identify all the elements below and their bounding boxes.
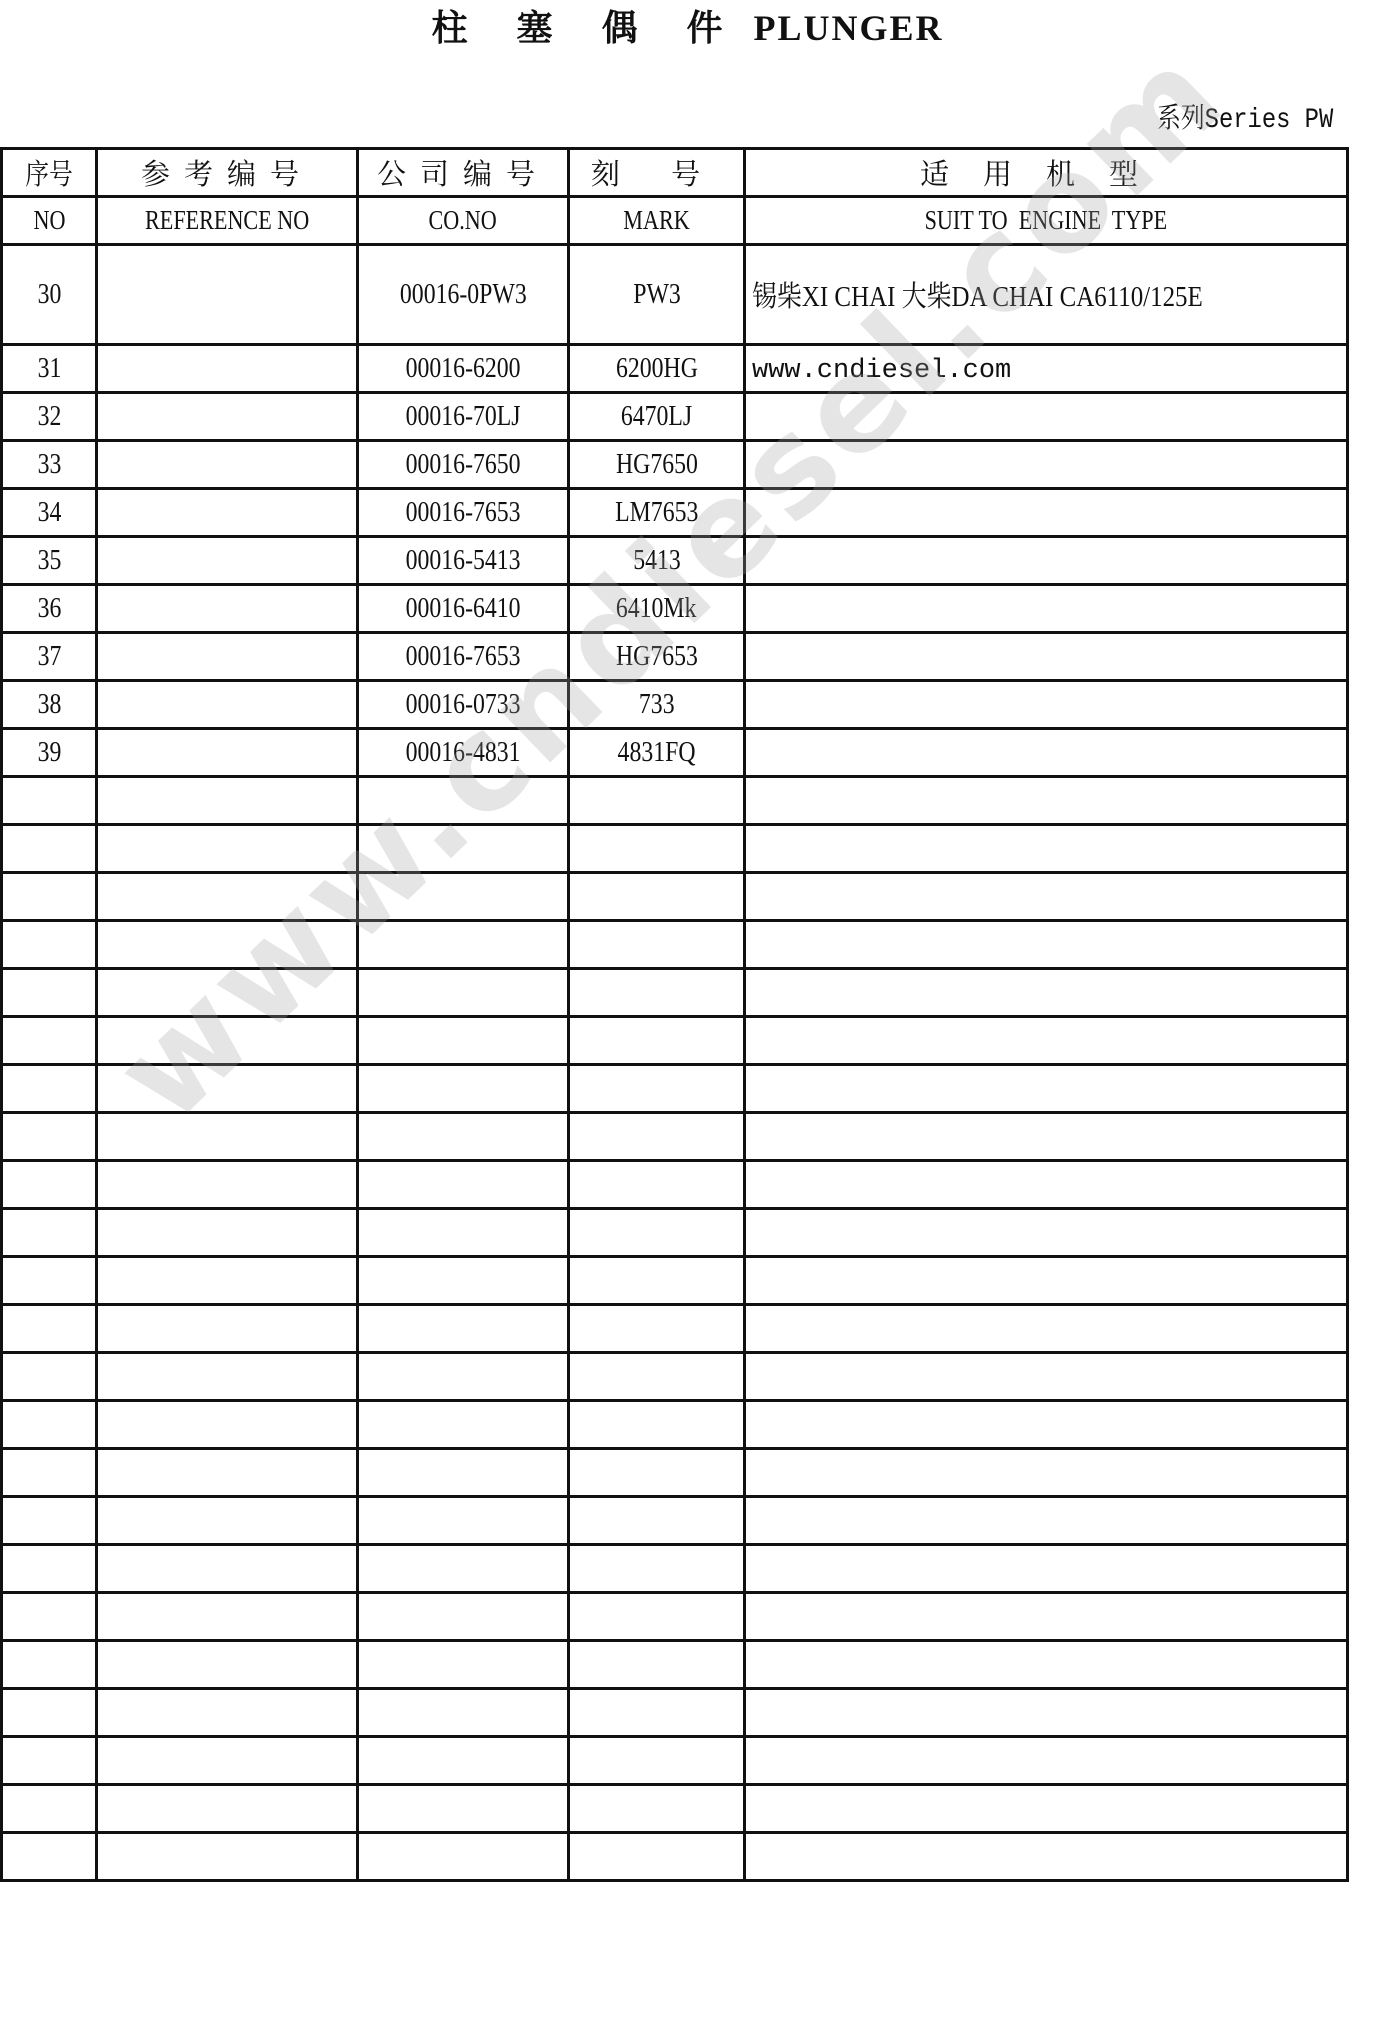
empty-cell (97, 1161, 358, 1209)
empty-cell (745, 1257, 1348, 1305)
empty-cell (97, 1065, 358, 1113)
empty-cell (2, 1833, 97, 1881)
empty-cell (745, 1689, 1348, 1737)
empty-cell (745, 1401, 1348, 1449)
empty-cell (569, 1593, 745, 1641)
table-row-empty (2, 1497, 1348, 1545)
empty-cell (745, 1161, 1348, 1209)
empty-cell (358, 1353, 569, 1401)
empty-cell (569, 1305, 745, 1353)
empty-cell (2, 1641, 97, 1689)
empty-cell (569, 969, 745, 1017)
empty-cell (2, 777, 97, 825)
cell-mark: LM7653 (569, 489, 745, 537)
empty-cell (2, 825, 97, 873)
empty-cell (569, 1161, 745, 1209)
page-title: 柱 塞 偶 件 PLUNGER (0, 4, 1375, 52)
cell-co-no: 00016-7653 (358, 489, 569, 537)
cell-engine (745, 585, 1348, 633)
table-row: 3400016-7653LM7653 (2, 489, 1348, 537)
table-row-empty (2, 1257, 1348, 1305)
cell-no: 30 (2, 245, 97, 345)
table-row: 3500016-54135413 (2, 537, 1348, 585)
empty-cell (358, 1113, 569, 1161)
empty-cell (569, 1257, 745, 1305)
empty-cell (358, 777, 569, 825)
empty-cell (745, 1737, 1348, 1785)
cell-co-no: 00016-7650 (358, 441, 569, 489)
empty-cell (97, 921, 358, 969)
empty-cell (569, 1449, 745, 1497)
empty-cell (97, 1209, 358, 1257)
table-row: 3800016-0733733 (2, 681, 1348, 729)
header-reference-en: REFERENCE NO (97, 197, 358, 245)
empty-cell (97, 1017, 358, 1065)
empty-cell (745, 873, 1348, 921)
table-row-empty (2, 777, 1348, 825)
cell-co-no: 00016-5413 (358, 537, 569, 585)
empty-cell (358, 1689, 569, 1737)
empty-cell (97, 1785, 358, 1833)
cell-co-no: 00016-4831 (358, 729, 569, 777)
empty-cell (358, 1497, 569, 1545)
cell-engine (745, 729, 1348, 777)
empty-cell (358, 1065, 569, 1113)
empty-cell (97, 969, 358, 1017)
cell-no: 36 (2, 585, 97, 633)
empty-cell (358, 1401, 569, 1449)
empty-cell (97, 1497, 358, 1545)
empty-cell (569, 921, 745, 969)
empty-cell (745, 1353, 1348, 1401)
empty-cell (569, 1113, 745, 1161)
cell-no: 35 (2, 537, 97, 585)
empty-cell (97, 1833, 358, 1881)
empty-cell (745, 1593, 1348, 1641)
table-row-empty (2, 1689, 1348, 1737)
empty-cell (358, 1593, 569, 1641)
table-row-empty (2, 1353, 1348, 1401)
empty-cell (358, 1833, 569, 1881)
cell-co-no: 00016-6200 (358, 345, 569, 393)
series-label: 系列Series PW (1157, 104, 1333, 138)
header-reference-cn: 参考编号 (97, 149, 358, 197)
cell-no: 39 (2, 729, 97, 777)
empty-cell (358, 921, 569, 969)
table-row-empty (2, 1737, 1348, 1785)
table-row-empty (2, 1209, 1348, 1257)
cell-co-no: 00016-7653 (358, 633, 569, 681)
empty-cell (2, 1209, 97, 1257)
header-mark-cn: 刻 号 (569, 149, 745, 197)
empty-cell (2, 1449, 97, 1497)
cell-no: 33 (2, 441, 97, 489)
cell-no: 38 (2, 681, 97, 729)
header-row-english: NO REFERENCE NO CO.NO MARK SUIT TO ENGIN… (2, 197, 1348, 245)
empty-cell (2, 921, 97, 969)
cell-reference (97, 489, 358, 537)
cell-mark: PW3 (569, 245, 745, 345)
header-no-cn: 序号 (2, 149, 97, 197)
cell-co-no: 00016-6410 (358, 585, 569, 633)
cell-reference (97, 537, 358, 585)
empty-cell (569, 1689, 745, 1737)
header-co-no-cn: 公司编号 (358, 149, 569, 197)
title-english: PLUNGER (754, 8, 944, 48)
cell-mark: HG7653 (569, 633, 745, 681)
empty-cell (2, 1161, 97, 1209)
empty-cell (745, 825, 1348, 873)
cell-reference (97, 633, 358, 681)
table-row-empty (2, 1017, 1348, 1065)
cell-engine: 锡柴XI CHAI 大柴DA CHAI CA6110/125E (745, 245, 1348, 345)
table-row-empty (2, 825, 1348, 873)
empty-cell (2, 969, 97, 1017)
empty-cell (745, 1641, 1348, 1689)
cell-mark: 733 (569, 681, 745, 729)
empty-cell (358, 825, 569, 873)
empty-cell (358, 1785, 569, 1833)
cell-no: 32 (2, 393, 97, 441)
table-row: 3700016-7653HG7653 (2, 633, 1348, 681)
empty-cell (97, 1593, 358, 1641)
empty-cell (97, 873, 358, 921)
table-row-empty (2, 1593, 1348, 1641)
empty-cell (358, 969, 569, 1017)
empty-cell (569, 1401, 745, 1449)
empty-cell (745, 777, 1348, 825)
empty-cell (97, 1305, 358, 1353)
cell-no: 37 (2, 633, 97, 681)
empty-cell (2, 1545, 97, 1593)
header-co-no-en: CO.NO (358, 197, 569, 245)
empty-cell (569, 1353, 745, 1401)
empty-cell (97, 777, 358, 825)
cell-reference (97, 245, 358, 345)
cell-mark: 5413 (569, 537, 745, 585)
cell-no: 34 (2, 489, 97, 537)
cell-engine (745, 489, 1348, 537)
table-row-empty (2, 1401, 1348, 1449)
cell-engine (745, 633, 1348, 681)
cell-engine: www.cndiesel.com (745, 345, 1348, 393)
header-mark-en: MARK (569, 197, 745, 245)
cell-reference (97, 393, 358, 441)
table-row-empty (2, 969, 1348, 1017)
empty-cell (358, 1209, 569, 1257)
table-row: 3600016-64106410Mk (2, 585, 1348, 633)
empty-cell (745, 1449, 1348, 1497)
empty-cell (569, 1641, 745, 1689)
title-chinese: 柱 塞 偶 件 (431, 8, 742, 48)
empty-cell (745, 1545, 1348, 1593)
empty-cell (2, 1401, 97, 1449)
table-row-empty (2, 1641, 1348, 1689)
empty-cell (97, 1401, 358, 1449)
header-engine-en: SUIT TO ENGINE TYPE (745, 197, 1348, 245)
empty-cell (2, 1497, 97, 1545)
table-row-empty (2, 1161, 1348, 1209)
empty-cell (97, 1449, 358, 1497)
empty-cell (745, 1833, 1348, 1881)
table-row: 3100016-62006200HGwww.cndiesel.com (2, 345, 1348, 393)
empty-cell (745, 1065, 1348, 1113)
cell-reference (97, 441, 358, 489)
empty-cell (97, 1641, 358, 1689)
empty-cell (569, 1065, 745, 1113)
table-row-empty (2, 1305, 1348, 1353)
empty-cell (745, 969, 1348, 1017)
empty-cell (569, 873, 745, 921)
empty-cell (569, 1545, 745, 1593)
empty-cell (358, 1545, 569, 1593)
empty-cell (569, 1785, 745, 1833)
cell-reference (97, 681, 358, 729)
empty-cell (569, 1497, 745, 1545)
cell-no: 31 (2, 345, 97, 393)
table-row-empty (2, 1785, 1348, 1833)
table-row: 3200016-70LJ6470LJ (2, 393, 1348, 441)
cell-engine (745, 393, 1348, 441)
empty-cell (97, 1737, 358, 1785)
cell-mark: 6200HG (569, 345, 745, 393)
cell-co-no: 00016-70LJ (358, 393, 569, 441)
cell-mark: 6410Mk (569, 585, 745, 633)
empty-cell (569, 777, 745, 825)
empty-cell (745, 1113, 1348, 1161)
table-row-empty (2, 1113, 1348, 1161)
cell-co-no: 00016-0733 (358, 681, 569, 729)
empty-cell (2, 873, 97, 921)
empty-cell (358, 1641, 569, 1689)
cell-mark: HG7650 (569, 441, 745, 489)
empty-cell (358, 1017, 569, 1065)
table-row: 3900016-48314831FQ (2, 729, 1348, 777)
header-no-en: NO (2, 197, 97, 245)
empty-cell (358, 1737, 569, 1785)
header-engine-cn: 适用机型 (745, 149, 1348, 197)
cell-reference (97, 345, 358, 393)
cell-engine (745, 441, 1348, 489)
empty-cell (2, 1113, 97, 1161)
table-row: 3000016-0PW3PW3锡柴XI CHAI 大柴DA CHAI CA611… (2, 245, 1348, 345)
empty-cell (97, 1257, 358, 1305)
empty-cell (2, 1017, 97, 1065)
empty-cell (745, 1209, 1348, 1257)
empty-cell (358, 1305, 569, 1353)
cell-reference (97, 729, 358, 777)
empty-cell (97, 1689, 358, 1737)
table-row-empty (2, 1545, 1348, 1593)
empty-cell (97, 1353, 358, 1401)
empty-cell (745, 1785, 1348, 1833)
empty-cell (2, 1305, 97, 1353)
cell-reference (97, 585, 358, 633)
empty-cell (358, 1449, 569, 1497)
cell-engine (745, 537, 1348, 585)
empty-cell (569, 1833, 745, 1881)
table-row-empty (2, 873, 1348, 921)
cell-co-no: 00016-0PW3 (358, 245, 569, 345)
empty-cell (2, 1737, 97, 1785)
table-row-empty (2, 1065, 1348, 1113)
empty-cell (745, 1017, 1348, 1065)
empty-cell (745, 1305, 1348, 1353)
empty-cell (569, 825, 745, 873)
cell-mark: 6470LJ (569, 393, 745, 441)
cell-mark: 4831FQ (569, 729, 745, 777)
empty-cell (358, 873, 569, 921)
empty-cell (97, 1113, 358, 1161)
empty-cell (2, 1689, 97, 1737)
empty-cell (569, 1017, 745, 1065)
empty-cell (97, 825, 358, 873)
cell-engine (745, 681, 1348, 729)
table-row-empty (2, 1449, 1348, 1497)
empty-cell (2, 1257, 97, 1305)
empty-cell (358, 1161, 569, 1209)
empty-cell (2, 1353, 97, 1401)
parts-table: 序号 参考编号 公司编号 刻 号 适用机型 NO REFERENCE NO CO… (0, 147, 1349, 1882)
empty-cell (745, 1497, 1348, 1545)
empty-cell (2, 1593, 97, 1641)
empty-cell (569, 1737, 745, 1785)
empty-cell (745, 921, 1348, 969)
empty-cell (97, 1545, 358, 1593)
table-row: 3300016-7650HG7650 (2, 441, 1348, 489)
empty-cell (358, 1257, 569, 1305)
empty-cell (2, 1785, 97, 1833)
header-row-chinese: 序号 参考编号 公司编号 刻 号 适用机型 (2, 149, 1348, 197)
table-row-empty (2, 1833, 1348, 1881)
empty-cell (2, 1065, 97, 1113)
table-row-empty (2, 921, 1348, 969)
empty-cell (569, 1209, 745, 1257)
